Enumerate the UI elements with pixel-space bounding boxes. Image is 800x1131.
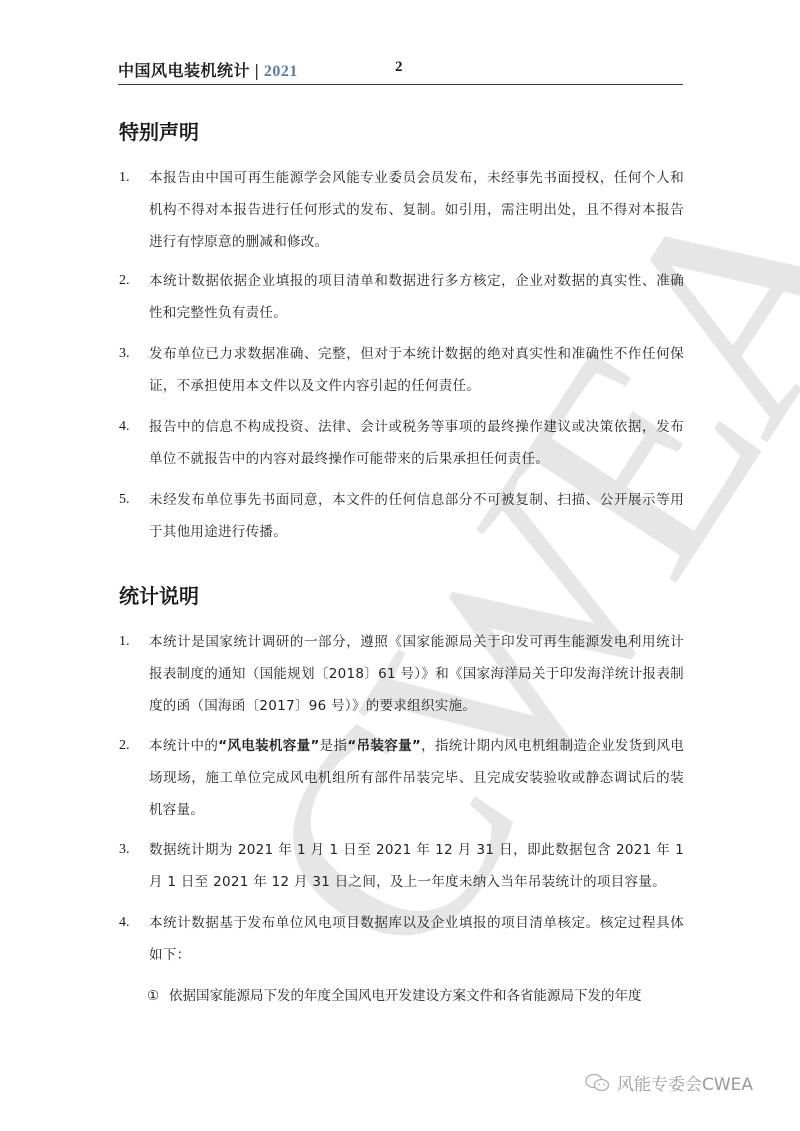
section-title-statistics-notes: 统计说明 <box>119 580 199 609</box>
list-item: 2. 本统计数据依据企业填报的项目清单和数据进行多方核定，企业对数据的真实性、准… <box>119 265 684 329</box>
wechat-icon <box>585 1073 611 1093</box>
item-number: 4. <box>119 907 143 939</box>
item-number: 3. <box>119 834 143 866</box>
item-number: 4. <box>119 411 143 443</box>
item-text: 本统计数据依据企业填报的项目清单和数据进行多方核定，企业对数据的真实性、准确性和… <box>149 265 684 329</box>
sub-item-text: 依据国家能源局下发的年度全国风电开发建设方案文件和各省能源局下发的年度 <box>169 988 642 1004</box>
footer-brand: 风能专委会CWEA <box>585 1070 753 1095</box>
section-title-disclaimer: 特别声明 <box>119 116 199 145</box>
item-number: 3. <box>119 338 143 370</box>
sub-list-item: ①依据国家能源局下发的年度全国风电开发建设方案文件和各省能源局下发的年度 <box>147 980 687 1012</box>
item-number: 1. <box>119 626 143 658</box>
item-text: 本统计是国家统计调研的一部分，遵照《国家能源局关于印发可再生能源发电利用统计报表… <box>149 626 684 722</box>
header-title-text: 中国风电装机统计 <box>118 61 250 80</box>
item-text: 未经发布单位事先书面同意，本文件的任何信息部分不可被复制、扫描、公开展示等用于其… <box>149 484 684 548</box>
text-segment: 是指 <box>320 738 348 754</box>
item-text: 报告中的信息不构成投资、法律、会计或税务等事项的最终操作建议或决策依据，发布单位… <box>149 411 684 475</box>
list-item: 1. 本报告由中国可再生能源学会风能专业委员会员发布，未经事先书面授权，任何个人… <box>119 162 684 258</box>
list-item: 4. 本统计数据基于发布单位风电项目数据库以及企业填报的项目清单核定。核定过程具… <box>119 907 684 971</box>
list-item: 2. 本统计中的“风电装机容量”是指“吊装容量”，指统计期内风电机组制造企业发货… <box>119 730 684 826</box>
list-item: 5. 未经发布单位事先书面同意，本文件的任何信息部分不可被复制、扫描、公开展示等… <box>119 484 684 548</box>
term-installed-capacity: “风电装机容量” <box>218 738 319 754</box>
list-item: 1. 本统计是国家统计调研的一部分，遵照《国家能源局关于印发可再生能源发电利用统… <box>119 626 684 722</box>
footer-brand-text: 风能专委会CWEA <box>617 1070 753 1095</box>
item-number: 2. <box>119 265 143 297</box>
header-year: 2021 <box>264 63 298 80</box>
list-item: 4. 报告中的信息不构成投资、法律、会计或税务等事项的最终操作建议或决策依据，发… <box>119 411 684 475</box>
header-title: 中国风电装机统计|2021 <box>118 58 298 81</box>
list-item: 3. 发布单位已力求数据准确、完整，但对于本统计数据的绝对真实性和准确性不作任何… <box>119 338 684 402</box>
item-number: 2. <box>119 730 143 762</box>
item-text: 数据统计期为 2021 年 1 月 1 日至 2021 年 12 月 31 日，… <box>149 834 684 898</box>
list-item: 3. 数据统计期为 2021 年 1 月 1 日至 2021 年 12 月 31… <box>119 834 684 898</box>
item-text: 本报告由中国可再生能源学会风能专业委员会员发布，未经事先书面授权，任何个人和机构… <box>149 162 684 258</box>
page-header: 中国风电装机统计|2021 2 <box>118 56 683 85</box>
text-segment: 本统计中的 <box>149 738 218 754</box>
header-separator: | <box>254 61 260 80</box>
item-number: 5. <box>119 484 143 516</box>
item-text: 发布单位已力求数据准确、完整，但对于本统计数据的绝对真实性和准确性不作任何保证，… <box>149 338 684 402</box>
page-number: 2 <box>395 59 403 76</box>
document-page: CWEA 中国风电装机统计|2021 2 特别声明 1. 本报告由中国可再生能源… <box>0 0 800 1131</box>
term-hoisting-capacity: “吊装容量” <box>347 738 421 754</box>
item-number: 1. <box>119 162 143 194</box>
item-text: 本统计中的“风电装机容量”是指“吊装容量”，指统计期内风电机组制造企业发货到风电… <box>149 730 684 826</box>
item-text: 本统计数据基于发布单位风电项目数据库以及企业填报的项目清单核定。核定过程具体如下… <box>149 907 684 971</box>
sub-item-marker: ① <box>147 980 169 1012</box>
